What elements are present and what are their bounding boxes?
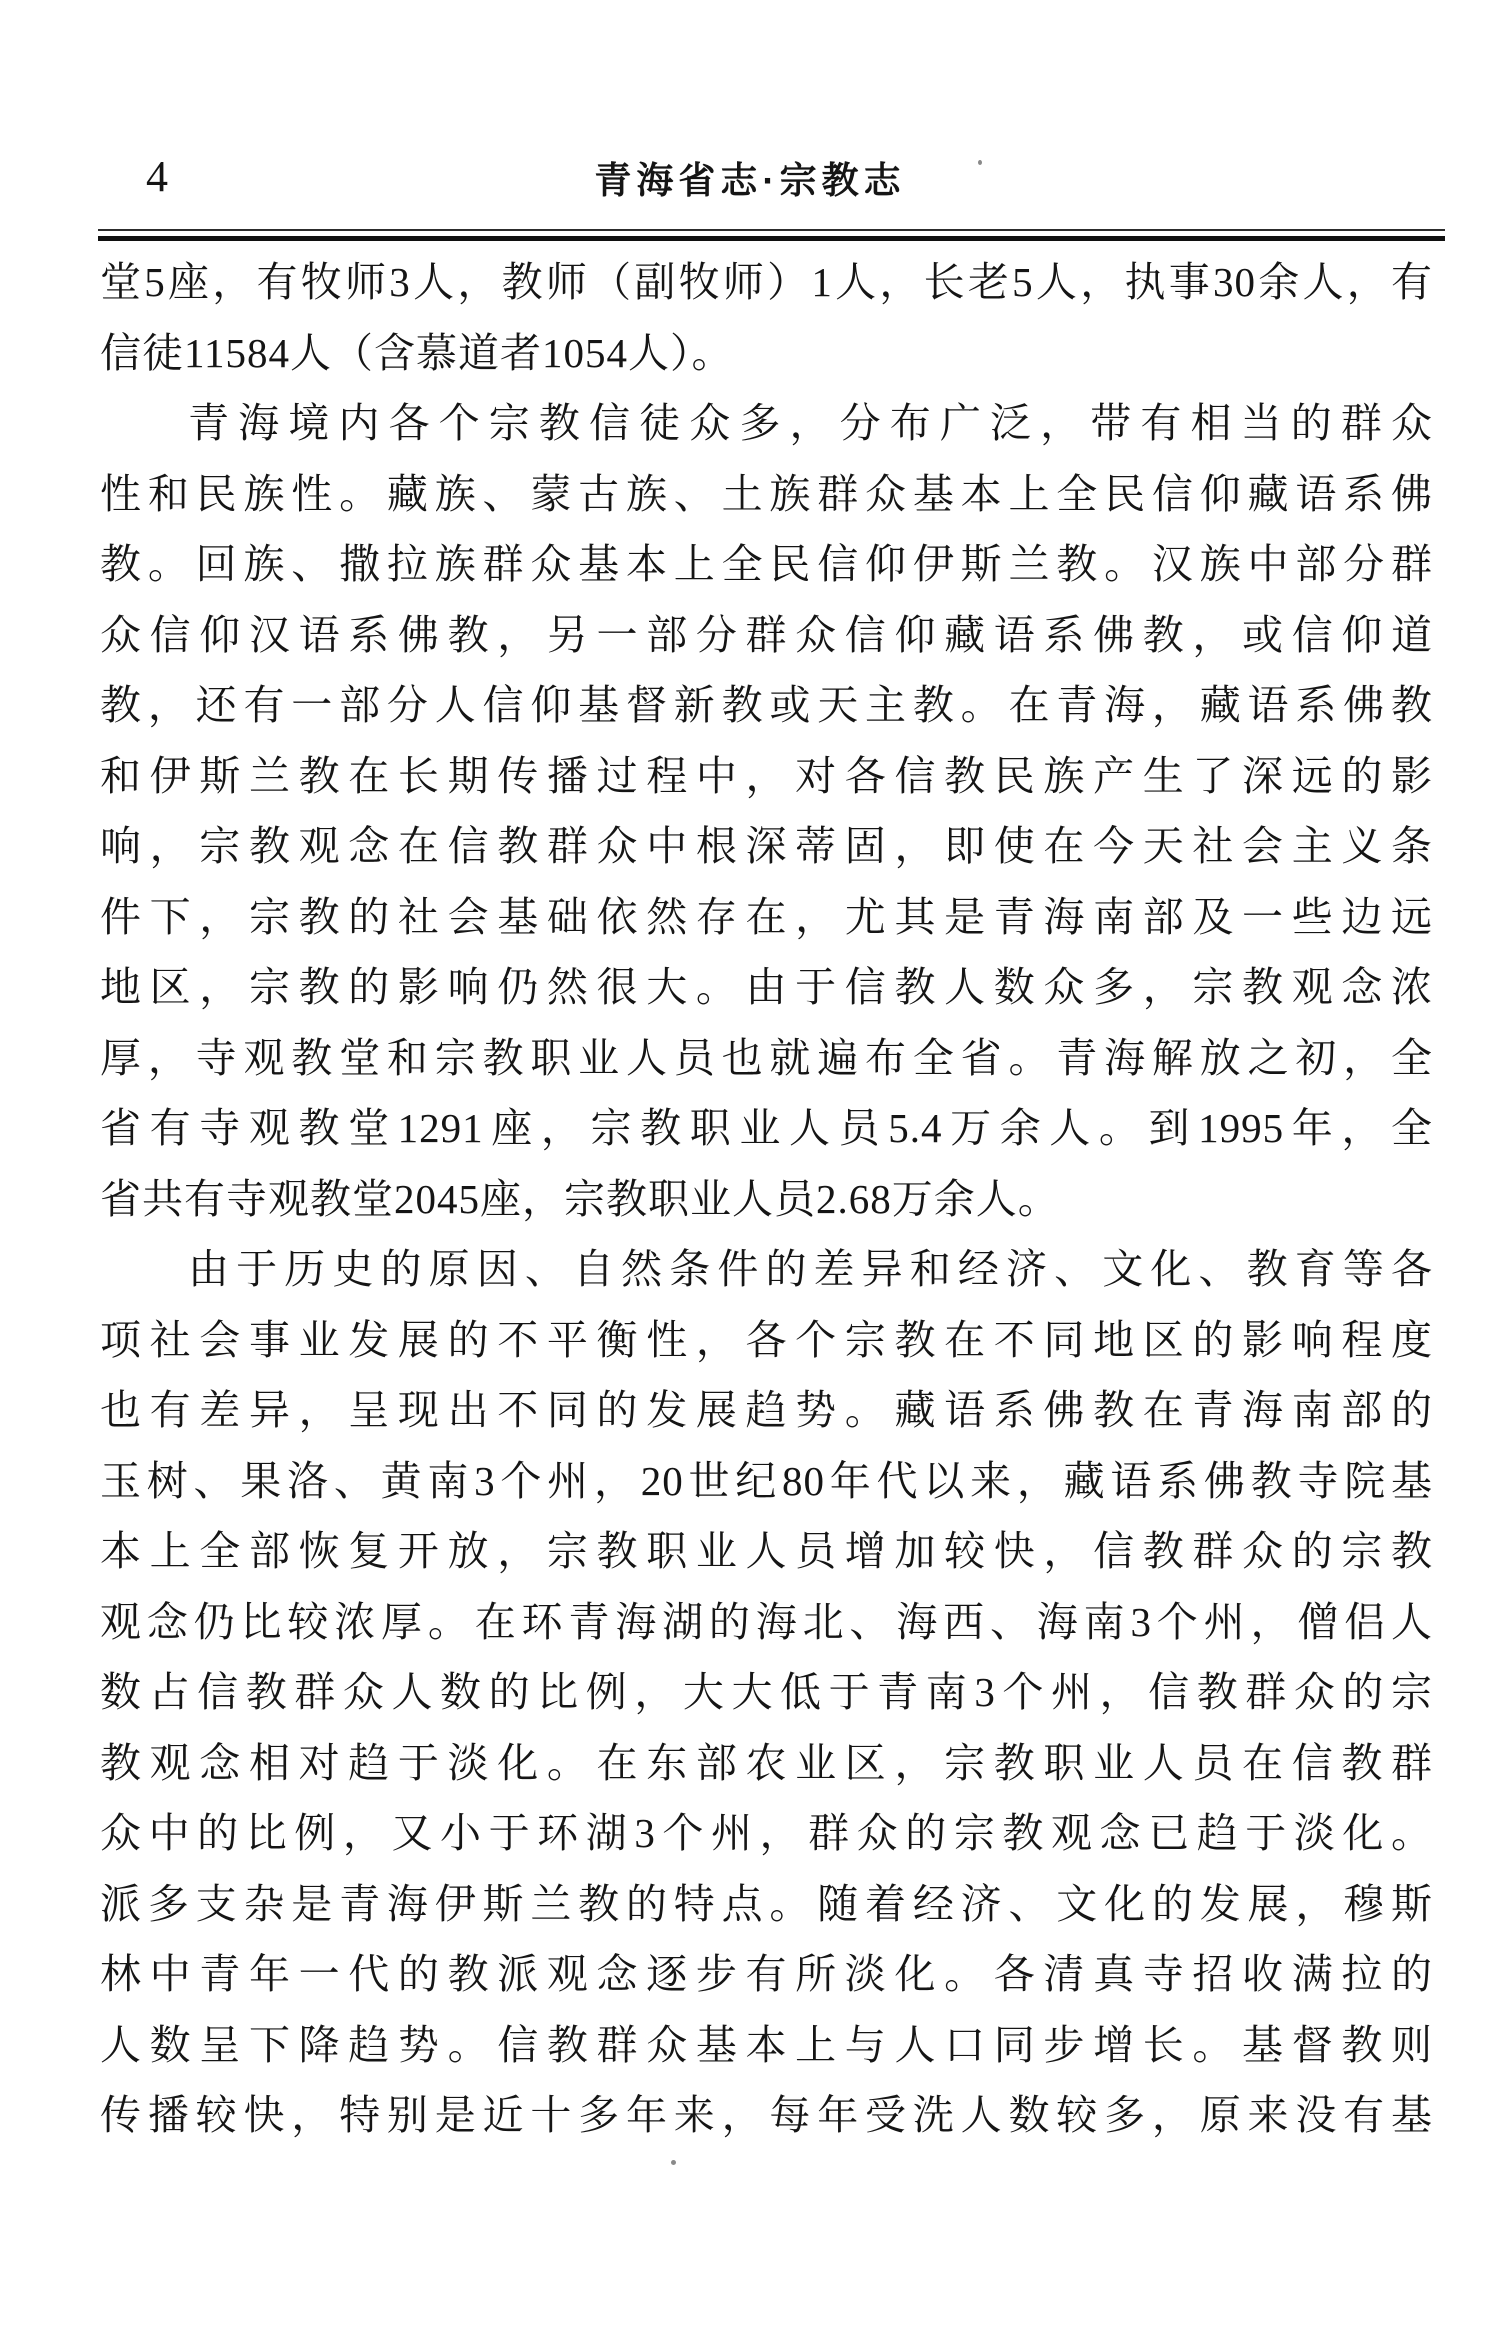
body-line: 教，还有一部分人信仰基督新教或天主教。在青海，藏语系佛教 <box>100 670 1433 741</box>
body-line: 林中青年一代的教派观念逐步有所淡化。各清真寺招收满拉的 <box>100 1939 1433 2010</box>
body-line: 观念仍比较浓厚。在环青海湖的海北、海西、海南3个州，僧侣人 <box>100 1587 1433 1658</box>
body-line: 也有差异，呈现出不同的发展趋势。藏语系佛教在青海南部的 <box>100 1375 1433 1446</box>
body-line: 堂5座，有牧师3人，教师（副牧师）1人，长老5人，执事30余人，有 <box>100 247 1433 318</box>
body-line: 省共有寺观教堂2045座，宗教职业人员2.68万余人。 <box>100 1164 1433 1235</box>
body-line: 玉树、果洛、黄南3个州，20世纪80年代以来，藏语系佛教寺院基 <box>100 1446 1433 1517</box>
body-line: 由于历史的原因、自然条件的差异和经济、文化、教育等各 <box>100 1234 1433 1305</box>
body-line: 教观念相对趋于淡化。在东部农业区，宗教职业人员在信教群 <box>100 1728 1433 1799</box>
body-line: 人数呈下降趋势。信教群众基本上与人口同步增长。基督教则 <box>100 2010 1433 2081</box>
body-line: 青海境内各个宗教信徒众多，分布广泛，带有相当的群众 <box>100 388 1433 459</box>
body-line: 厚，寺观教堂和宗教职业人员也就遍布全省。青海解放之初，全 <box>100 1023 1433 1094</box>
header-rule-thin <box>98 229 1445 231</box>
running-title: 青海省志·宗教志 <box>0 160 1500 203</box>
body-line: 数占信教群众人数的比例，大大低于青南3个州，信教群众的宗 <box>100 1657 1433 1728</box>
header-rule-thick <box>98 236 1445 241</box>
body-line: 项社会事业发展的不平衡性，各个宗教在不同地区的影响程度 <box>100 1305 1433 1376</box>
body-line: 地区，宗教的影响仍然很大。由于信教人数众多，宗教观念浓 <box>100 952 1433 1023</box>
body-line: 省有寺观教堂1291座，宗教职业人员5.4万余人。到1995年，全 <box>100 1093 1433 1164</box>
body-line: 件下，宗教的社会基础依然存在，尤其是青海南部及一些边远 <box>100 882 1433 953</box>
body-line: 众信仰汉语系佛教，另一部分群众信仰藏语系佛教，或信仰道 <box>100 600 1433 671</box>
body-line: 和伊斯兰教在长期传播过程中，对各信教民族产生了深远的影 <box>100 741 1433 812</box>
scan-speck <box>978 160 982 165</box>
body-line: 性和民族性。藏族、蒙古族、土族群众基本上全民信仰藏语系佛 <box>100 459 1433 530</box>
body-line: 本上全部恢复开放，宗教职业人员增加较快，信教群众的宗教 <box>100 1516 1433 1587</box>
body-line: 响，宗教观念在信教群众中根深蒂固，即使在今天社会主义条 <box>100 811 1433 882</box>
body-line: 众中的比例，又小于环湖3个州，群众的宗教观念已趋于淡化。 <box>100 1798 1433 1869</box>
body-line: 信徒11584人（含慕道者1054人）。 <box>100 318 1433 389</box>
body-line: 传播较快，特别是近十多年来，每年受洗人数较多，原来没有基 <box>100 2080 1433 2151</box>
document-page: 4 青海省志·宗教志 堂5座，有牧师3人，教师（副牧师）1人，长老5人，执事30… <box>0 0 1500 2327</box>
body-line: 教。回族、撒拉族群众基本上全民信仰伊斯兰教。汉族中部分群 <box>100 529 1433 600</box>
body-line: 派多支杂是青海伊斯兰教的特点。随着经济、文化的发展，穆斯 <box>100 1869 1433 1940</box>
body-text: 堂5座，有牧师3人，教师（副牧师）1人，长老5人，执事30余人，有 信徒1158… <box>100 247 1433 2151</box>
scan-speck <box>671 2160 676 2165</box>
